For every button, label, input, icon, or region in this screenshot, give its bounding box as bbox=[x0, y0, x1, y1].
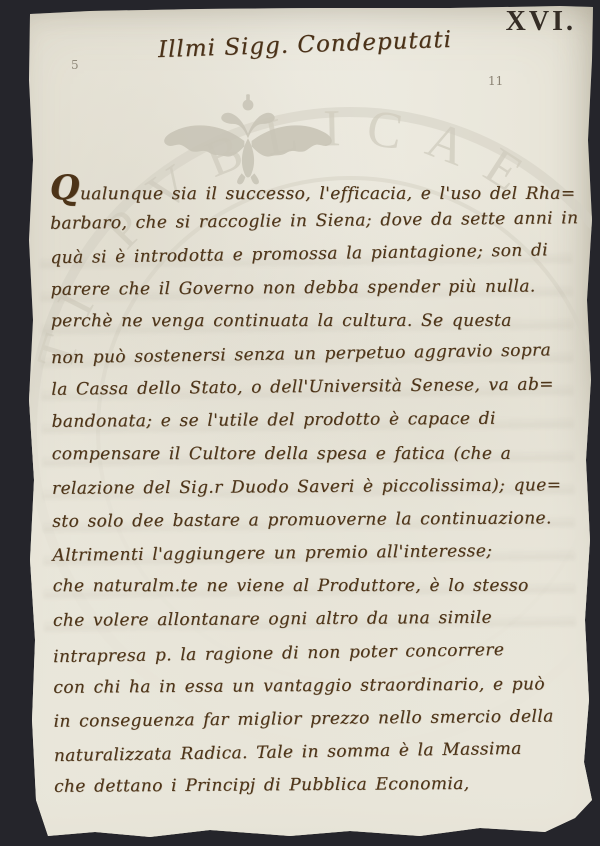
handwritten-line: parere che il Governo non debba spender … bbox=[51, 270, 579, 307]
handwritten-line: con chi ha in essa un vantaggio straordi… bbox=[53, 668, 581, 705]
handwritten-line: Altrimenti l'aggiungere un premio all'in… bbox=[52, 534, 580, 573]
handwritten-line: la Cassa dello Stato, o dell'Università … bbox=[51, 368, 579, 407]
handwritten-line: compensare il Cultore della spesa e fati… bbox=[52, 437, 580, 471]
handwritten-line: Qualunque sia il successo, l'efficacia, … bbox=[50, 172, 578, 206]
handwritten-line: che dettano i Principj di Pubblica Econo… bbox=[54, 768, 582, 805]
folio-number: XVI. bbox=[506, 6, 576, 38]
body-text: Qualunque sia il successo, l'efficacia, … bbox=[50, 170, 582, 804]
handwritten-line: sto solo dee bastare a promuoverne la co… bbox=[52, 502, 580, 539]
handwritten-line: perchè ne venga continuata la cultura. S… bbox=[51, 305, 579, 339]
handwritten-line: che volere allontanare ogni altro da una… bbox=[53, 602, 581, 639]
handwritten-line: bandonata; e se l'utile del prodotto è c… bbox=[51, 402, 579, 439]
page-number-left: 5 bbox=[71, 58, 79, 72]
paper-sheet: TI PVBLICAE XVI. 5 11 Illmi Sigg. Condep… bbox=[0, 0, 600, 846]
handwritten-line: relazione del Sig.r Duodo Saveri è picco… bbox=[52, 469, 580, 506]
manuscript-heading: Illmi Sigg. Condeputati bbox=[140, 26, 471, 64]
scanned-manuscript-page: TI PVBLICAE XVI. 5 11 Illmi Sigg. Condep… bbox=[0, 0, 600, 846]
page-number-right: 11 bbox=[488, 74, 503, 88]
handwritten-line: che naturalm.te ne viene al Produttore, … bbox=[53, 570, 581, 604]
double-headed-eagle-watermark-icon bbox=[164, 94, 332, 184]
